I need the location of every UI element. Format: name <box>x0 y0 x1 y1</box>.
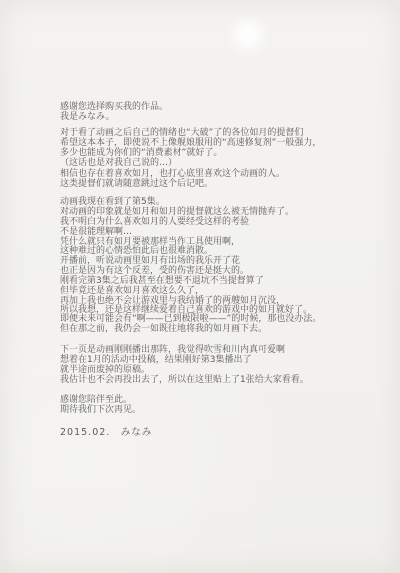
paragraph-feelings: 开播前，听说动画里如月有出场的我乐开了花 也正是因为有这个反差，受的伤害还是挺大… <box>60 257 312 316</box>
paragraph-closing: 感谢您陪伴至此。 期待我们下次再见。 <box>60 396 141 416</box>
paragraph-resolve: 即便未来可能会有“啊——已到极限啦——”的时候，那也没办法。 但在那之前，我仍会… <box>60 315 321 335</box>
paragraph-greeting: 感谢您选择购买我的作品。 我是みなみ。 <box>60 103 168 123</box>
text-line: 我是みなみ。 <box>60 113 168 123</box>
text-line: 期待我们下次再见。 <box>60 406 141 416</box>
text-line: 但在那之前，我仍会一如既往地将我的如月画下去。 <box>60 325 321 335</box>
paragraph-intent: 对于看了动画之后自己的情绪也“大破”了的各位如月的提督们 希望这本本子，即使说不… <box>60 129 321 169</box>
text-line: （这话也是对我自己说的…） <box>60 159 321 169</box>
paragraph-anime-impression: 动画我现在看到了第5集。 对动画的印象就是如月和如月的提督就这么被无情抛弃了。 … <box>60 198 294 257</box>
paragraph-next-page-note: 下一页是动画刚刚播出那阵，我觉得吹雪和川内真可爱啊 想着在1月的活动中投稿，结果… <box>60 346 309 386</box>
text-line: 这类提督们就请随意跳过这个后记吧。 <box>60 180 285 190</box>
signature-date: 2015.02. みなみ <box>60 424 152 438</box>
paragraph-skip-note: 相信也存在着喜欢如月，也打心底里喜欢这个动画的人。 这类提督们就请随意跳过这个后… <box>60 170 285 190</box>
text-line: 我估计也不会再投出去了，所以在这里贴上了1张给大家看看。 <box>60 376 309 386</box>
scanned-afterword-page: 感谢您选择购买我的作品。 我是みなみ。 对于看了动画之后自己的情绪也“大破”了的… <box>0 0 400 573</box>
